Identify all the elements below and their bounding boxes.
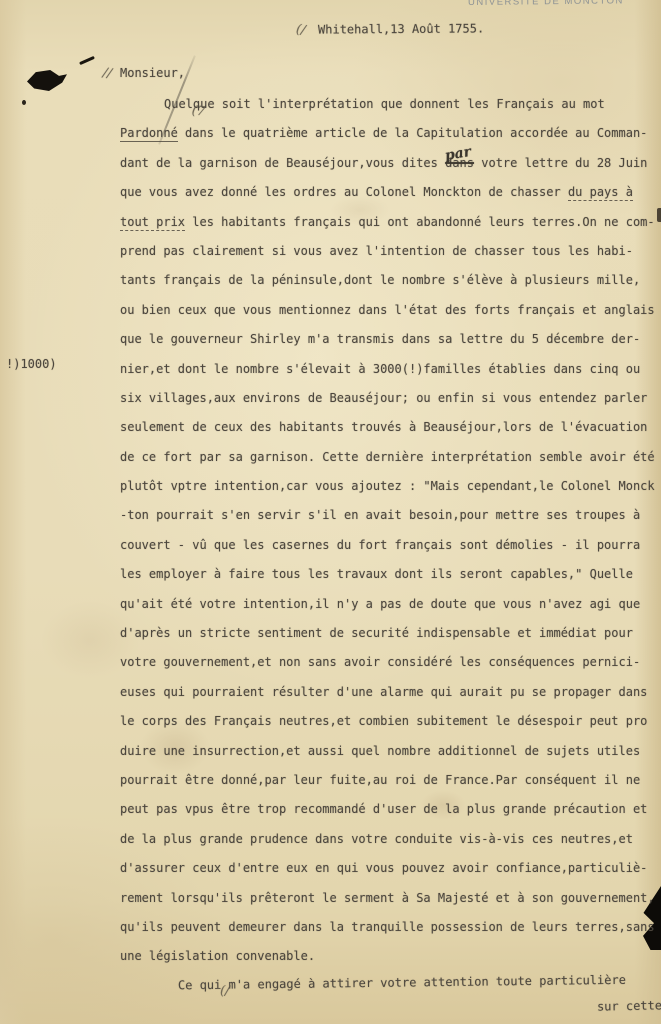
letter-line: seulement de ceux des habitants trouvés … xyxy=(120,413,661,442)
letter-line: votre gouvernement,et non sans avoir con… xyxy=(120,648,661,677)
letter-line: les employer à faire tous les travaux do… xyxy=(120,560,661,589)
letter-line: couvert - vû que les casernes du fort fr… xyxy=(120,531,661,560)
underlined-phrase: tout prix xyxy=(120,215,185,231)
ink-blot xyxy=(27,70,67,91)
letter-line: nier,et dont le nombre s'élevait à 3000(… xyxy=(120,355,661,384)
letter-body: (7Quelque soit l'interprétation que donn… xyxy=(120,90,661,1001)
annotation-mark: (/ xyxy=(161,973,230,1006)
letter-line-dites: dant de la garnison de Beauséjour,vous d… xyxy=(120,149,661,178)
salutation: //Monsieur, xyxy=(120,66,185,80)
line-text: votre lettre du 28 Juin xyxy=(474,156,647,170)
opening-text: Quelque soit l'interprétation que donnen… xyxy=(164,97,605,111)
annotation-mark: (/ xyxy=(295,22,306,38)
underlined-word: Pardonné xyxy=(120,126,178,142)
letter-line: d'assurer ceux d'entre eux en qui vous p… xyxy=(120,854,661,883)
letter-line: qu'ils peuvent demeurer dans la tranquil… xyxy=(120,913,661,942)
salutation-text: Monsieur, xyxy=(120,66,185,80)
underlined-phrase: du pays à xyxy=(568,185,633,201)
letter-line: duire une insurrection,et aussi quel nom… xyxy=(120,737,661,766)
line-text: dant de la garnison de Beauséjour,vous d… xyxy=(120,156,445,170)
letter-line-pardonne: Pardonné dans le quatrième article de la… xyxy=(120,119,661,148)
ink-blot-dot xyxy=(22,100,26,105)
letter-line: pourrait être donné,par leur fuite,au ro… xyxy=(120,766,661,795)
closing-continuation: sur cette xyxy=(597,998,661,1013)
letter-line-closing: (/Ce qui m'a engagé à attirer votre atte… xyxy=(120,965,661,1001)
scanned-letter-page: { "page": { "bg": "#e7dbb6", "ink_color"… xyxy=(0,0,661,1024)
letter-line-opening: (7Quelque soit l'interprétation que donn… xyxy=(120,90,661,119)
letter-line: six villages,aux environs de Beauséjour;… xyxy=(120,384,661,413)
handwritten-correction: par xyxy=(443,138,474,172)
line-text: dans le quatrième article de la Capitula… xyxy=(178,126,648,140)
letter-line: prend pas clairement si vous avez l'inte… xyxy=(120,237,661,266)
letter-line: de la plus grande prudence dans votre co… xyxy=(120,825,661,854)
line-text: les habitants français qui ont abandonné… xyxy=(185,215,655,229)
letter-line: tants français de la péninsule,dont le n… xyxy=(120,266,661,295)
letter-line: qu'ait été votre intention,il n'y a pas … xyxy=(120,590,661,619)
strikethrough-word: danspar xyxy=(445,156,474,170)
letter-line: rement lorsqu'ils prêteront le serment à… xyxy=(120,884,661,913)
letter-line: -ton pourrait s'en servir s'il en avait … xyxy=(120,501,661,530)
letter-line: d'après un stricte sentiment de securité… xyxy=(120,619,661,648)
letter-line: de ce fort par sa garnison. Cette derniè… xyxy=(120,443,661,472)
letter-line: que le gouverneur Shirley m'a transmis d… xyxy=(120,325,661,354)
letter-line-chasser: que vous avez donné les ordres au Colone… xyxy=(120,178,661,207)
letter-line: ou bien ceux que vous mentionnez dans l'… xyxy=(120,296,661,325)
ink-blot-dash xyxy=(79,56,95,65)
letter-line: plutôt vptre intention,car vous ajoutez … xyxy=(120,472,661,501)
archive-stamp: Université de Moncton xyxy=(468,0,661,13)
annotation-mark: // xyxy=(102,65,113,81)
closing-text: Ce qui m'a engagé à attirer votre attent… xyxy=(178,973,626,992)
paper-background: Université de Moncton (/Whitehall,13 Aoû… xyxy=(0,0,661,1024)
letter-line: le corps des Français neutres,et combien… xyxy=(120,707,661,736)
dateline-text: Whitehall,13 Août 1755. xyxy=(318,21,484,36)
letter-line: euses qui pourraient résulter d'une alar… xyxy=(120,678,661,707)
dateline: (/Whitehall,13 Août 1755. xyxy=(318,21,484,36)
letter-line-toutprix: tout prix les habitants français qui ont… xyxy=(120,208,661,237)
line-text: que vous avez donné les ordres au Colone… xyxy=(120,185,568,199)
letter-line: peut pas vpus être trop recommandé d'use… xyxy=(120,795,661,824)
margin-note: !)1000) xyxy=(6,357,57,371)
